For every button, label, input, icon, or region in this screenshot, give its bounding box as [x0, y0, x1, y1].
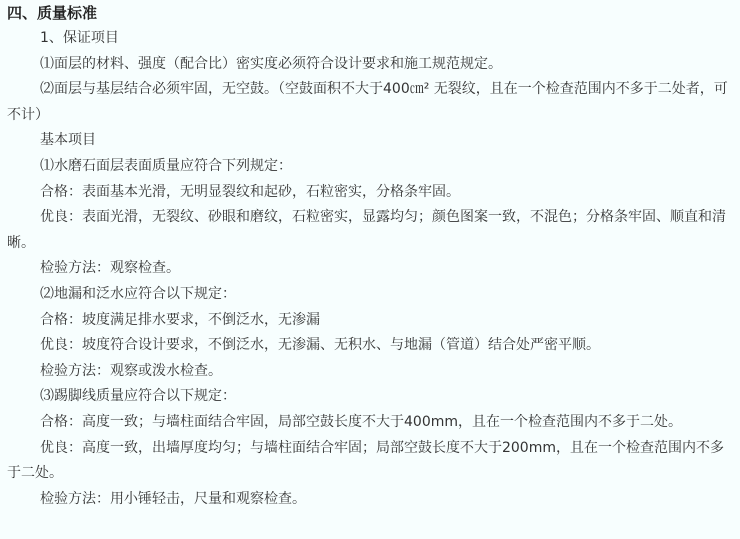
group-1-pass: 合格：表面基本光滑，无明显裂纹和起砂，石粒密实，分格条牢固。	[7, 180, 734, 206]
group-1-excellent: 优良：表面光滑，无裂纹、砂眼和磨纹，石粒密实，显露均匀；颜色图案一致，不混色；分…	[7, 205, 734, 256]
guarantee-item-1: ⑴面层的材料、强度（配合比）密实度必须符合设计要求和施工规范规定。	[7, 52, 734, 78]
group-2-method: 检验方法：观察或泼水检查。	[7, 359, 734, 385]
group-3-excellent: 优良：高度一致，出墙厚度均匀；与墙柱面结合牢固；局部空鼓长度不大于200mm，且…	[7, 436, 734, 487]
group-3-pass: 合格：高度一致；与墙柱面结合牢固，局部空鼓长度不大于400mm，且在一个检查范围…	[7, 410, 734, 436]
document-body: 四、质量标准 1、保证项目 ⑴面层的材料、强度（配合比）密实度必须符合设计要求和…	[0, 0, 740, 512]
group-1-method: 检验方法：观察检查。	[7, 256, 734, 282]
group-3-method: 检验方法：用小锤轻击，尺量和观察检查。	[7, 487, 734, 513]
group-2-pass: 合格：坡度满足排水要求，不倒泛水，无渗漏	[7, 308, 734, 334]
section-title: 四、质量标准	[7, 0, 734, 26]
guarantee-heading: 1、保证项目	[7, 26, 734, 52]
group-2-title: ⑵地漏和泛水应符合以下规定：	[7, 282, 734, 308]
group-1-title: ⑴水磨石面层表面质量应符合下列规定：	[7, 154, 734, 180]
group-2-excellent: 优良：坡度符合设计要求，不倒泛水，无渗漏、无积水、与地漏（管道）结合处严密平顺。	[7, 333, 734, 359]
basic-heading: 基本项目	[7, 128, 734, 154]
group-3-title: ⑶踢脚线质量应符合以下规定：	[7, 384, 734, 410]
guarantee-item-2: ⑵面层与基层结合必须牢固，无空鼓。（空鼓面积不大于400㎝² 无裂纹，且在一个检…	[7, 77, 734, 128]
